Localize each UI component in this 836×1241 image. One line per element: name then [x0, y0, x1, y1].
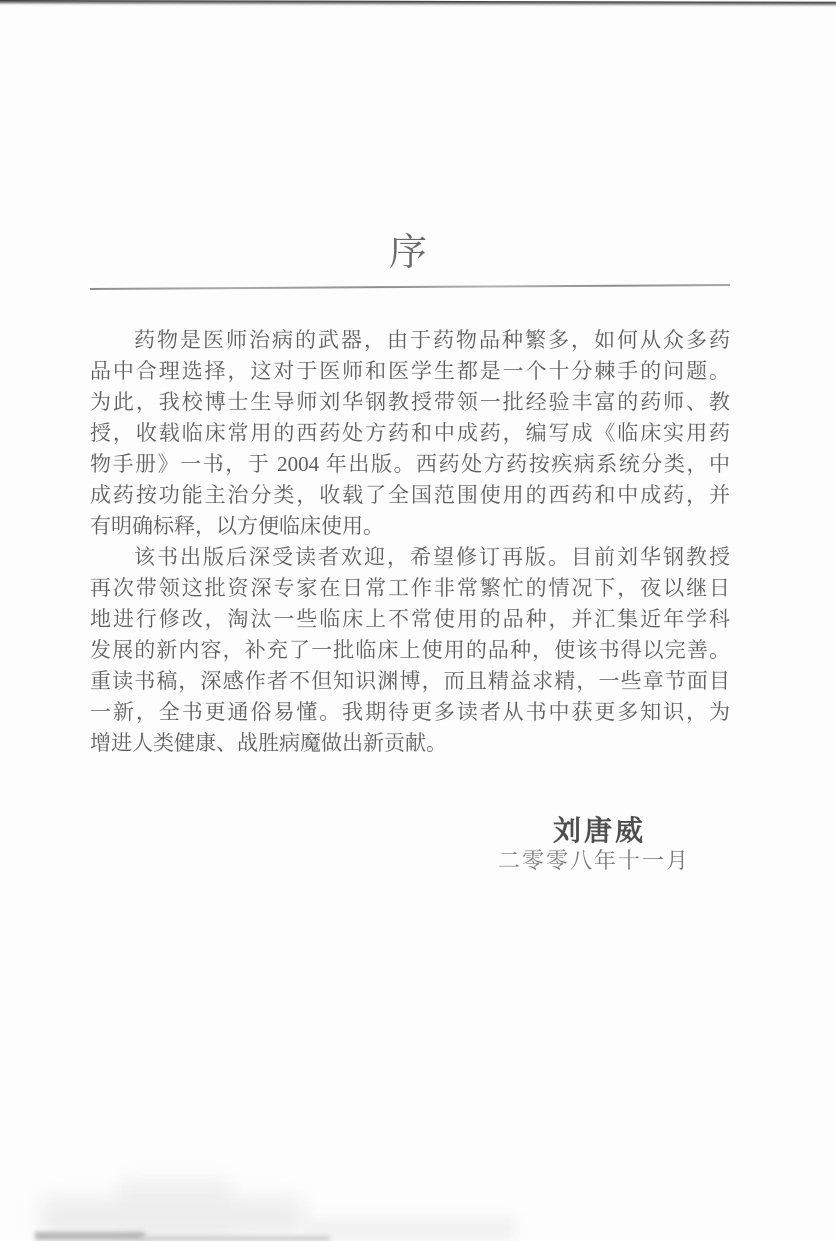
preface-body: 药物是医师治病的武器，由于药物品种繁多，如何从众多药品中合理选择，这对于医师和医…: [90, 325, 730, 759]
text-line: 物手册》一书，于 2004 年出版。西药处方药按疾病系统分类，中: [90, 449, 730, 480]
scan-smudge-artifact: [42, 1198, 302, 1236]
preface-title: 序: [0, 233, 816, 275]
text-line: 为此，我校博士生导师刘华钢教授带领一批经验丰富的药师、教: [90, 387, 730, 418]
title-underline-rule: [90, 284, 730, 290]
scanned-preface-page: 序 药物是医师治病的武器，由于药物品种繁多，如何从众多药品中合理选择，这对于医师…: [0, 0, 836, 1241]
text-line: 成药按功能主治分类，收载了全国范围使用的西药和中成药，并: [90, 480, 730, 511]
text-line: 一新，全书更通俗易懂。我期待更多读者从书中获更多知识，为: [90, 697, 730, 728]
text-line: 该书出版后深受读者欢迎，希望修订再版。目前刘华钢教授: [90, 542, 730, 573]
text-line: 地进行修改，淘汰一些临床上不常使用的品种，并汇集近年学科: [90, 604, 730, 635]
text-line: 发展的新内容，补充了一批临床上使用的品种，使该书得以完善。: [90, 635, 730, 666]
scan-edge-artifact-top: [0, 0, 836, 8]
text-line: 增进人类健康、战胜病魔做出新贡献。: [90, 728, 730, 759]
text-line: 品中合理选择，这对于医师和医学生都是一个十分棘手的问题。: [90, 356, 730, 387]
text-line: 药物是医师治病的武器，由于药物品种繁多，如何从众多药: [90, 325, 730, 356]
signature-name: 刘唐威: [0, 809, 646, 849]
scan-smudge-artifact: [140, 1236, 330, 1241]
scan-smudge-artifact: [300, 1218, 515, 1240]
paragraph-2: 该书出版后深受读者欢迎，希望修订再版。目前刘华钢教授再次带领这批资深专家在日常工…: [90, 542, 730, 759]
text-line: 重读书稿，深感作者不但知识渊博，而且精益求精，一些章节面目: [90, 666, 730, 697]
scan-smudge-artifact: [35, 1232, 145, 1240]
scan-smudge-artifact: [120, 1180, 230, 1238]
paragraph-1: 药物是医师治病的武器，由于药物品种繁多，如何从众多药品中合理选择，这对于医师和医…: [90, 325, 730, 542]
text-line: 再次带领这批资深专家在日常工作非常繁忙的情况下，夜以继日: [90, 573, 730, 604]
signature-date: 二零零八年十一月: [0, 844, 690, 875]
text-line: 有明确标释，以方便临床使用。: [90, 511, 730, 542]
text-line: 授，收载临床常用的西药处方药和中成药，编写成《临床实用药: [90, 418, 730, 449]
